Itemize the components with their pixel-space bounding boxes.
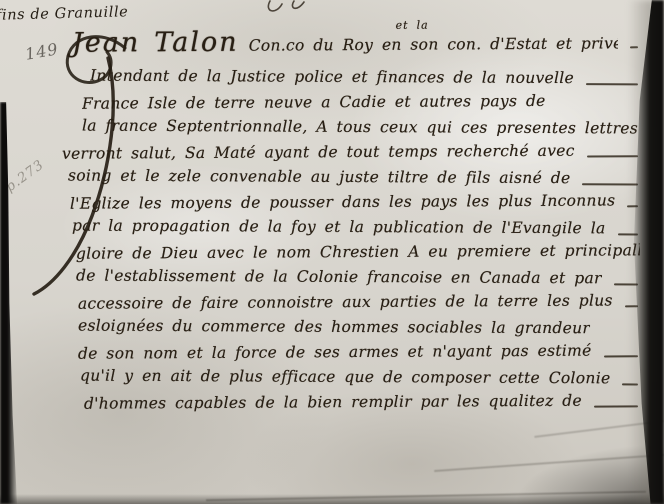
- line-text: gloire de Dieu avec le nom Chrestien A e…: [76, 241, 640, 262]
- line-text: d'hommes capables de la bien remplir par…: [84, 392, 582, 413]
- manuscript-page: fins de Granuille 149 p.273 Jean Talon C…: [0, 0, 664, 504]
- line-text: verront salut, Sa Maté ayant de tout tem…: [62, 142, 575, 163]
- line-text: esloignées du commerce des hommes sociab…: [78, 317, 590, 338]
- manuscript-line: Jean Talon Con.co du Roy en son con. d'E…: [72, 24, 640, 69]
- manuscript-line: de l'establissement de la Colonie franco…: [76, 267, 640, 295]
- page-number: 149: [24, 39, 60, 64]
- line-text: de son nom et la force de ses armes et n…: [78, 342, 592, 363]
- line-text: la france Septentrionnalle, A tous ceux …: [82, 117, 638, 138]
- header-note: fins de Granuille: [0, 4, 129, 23]
- line-text: soing et le zele convenable au juste til…: [68, 167, 571, 188]
- manuscript-line: accessoire de faire connoistre aux parti…: [78, 291, 640, 319]
- manuscript-line: de son nom et la force de ses armes et n…: [78, 341, 640, 369]
- manuscript-line: verront salut, Sa Maté ayant de tout tem…: [62, 141, 640, 170]
- manuscript-line: l'Eglize les moyens de pousser dans les …: [70, 191, 640, 219]
- scan-bottom-edge: [0, 494, 664, 504]
- manuscript-line: esloignées du commerce des hommes sociab…: [78, 317, 640, 345]
- pencil-annotation: p.273: [2, 157, 47, 196]
- line-text: de l'establissement de la Colonie franco…: [76, 267, 602, 288]
- line-text: Intendant de la Justice police et financ…: [90, 67, 574, 88]
- line-text: France Isle de terre neuve a Cadie et au…: [82, 92, 546, 113]
- manuscript-line: qu'il y en ait de plus efficace que de c…: [80, 367, 640, 395]
- manuscript-line: par la propagation de la foy et la publi…: [72, 217, 640, 245]
- manuscript-line: France Isle de terre neuve a Cadie et au…: [82, 91, 640, 119]
- line-text: l'Eglize les moyens de pousser dans les …: [70, 191, 615, 212]
- cropped-flourish-remnant: [262, 0, 332, 16]
- manuscript-line: soing et le zele convenable au juste til…: [68, 167, 640, 195]
- line-lead: Jean Talon: [72, 27, 239, 59]
- line-text: par la propagation de la foy et la publi…: [72, 217, 606, 238]
- manuscript-line: la france Septentrionnalle, A tous ceux …: [82, 117, 640, 145]
- manuscript-line: gloire de Dieu avec le nom Chrestien A e…: [76, 241, 640, 269]
- manuscript-text-block: Jean Talon Con.co du Roy en son con. d'E…: [60, 26, 640, 418]
- interline-insertion: et la: [396, 19, 429, 32]
- line-text: Con.co du Roy en son con. d'Estat et pri…: [249, 34, 618, 54]
- scan-left-edge: [0, 102, 18, 504]
- manuscript-line: d'hommes capables de la bien remplir par…: [84, 391, 640, 419]
- line-text: qu'il y en ait de plus efficace que de c…: [80, 367, 611, 388]
- line-text: accessoire de faire connoistre aux parti…: [78, 291, 613, 312]
- manuscript-line: Intendant de la Justice police et financ…: [90, 67, 640, 95]
